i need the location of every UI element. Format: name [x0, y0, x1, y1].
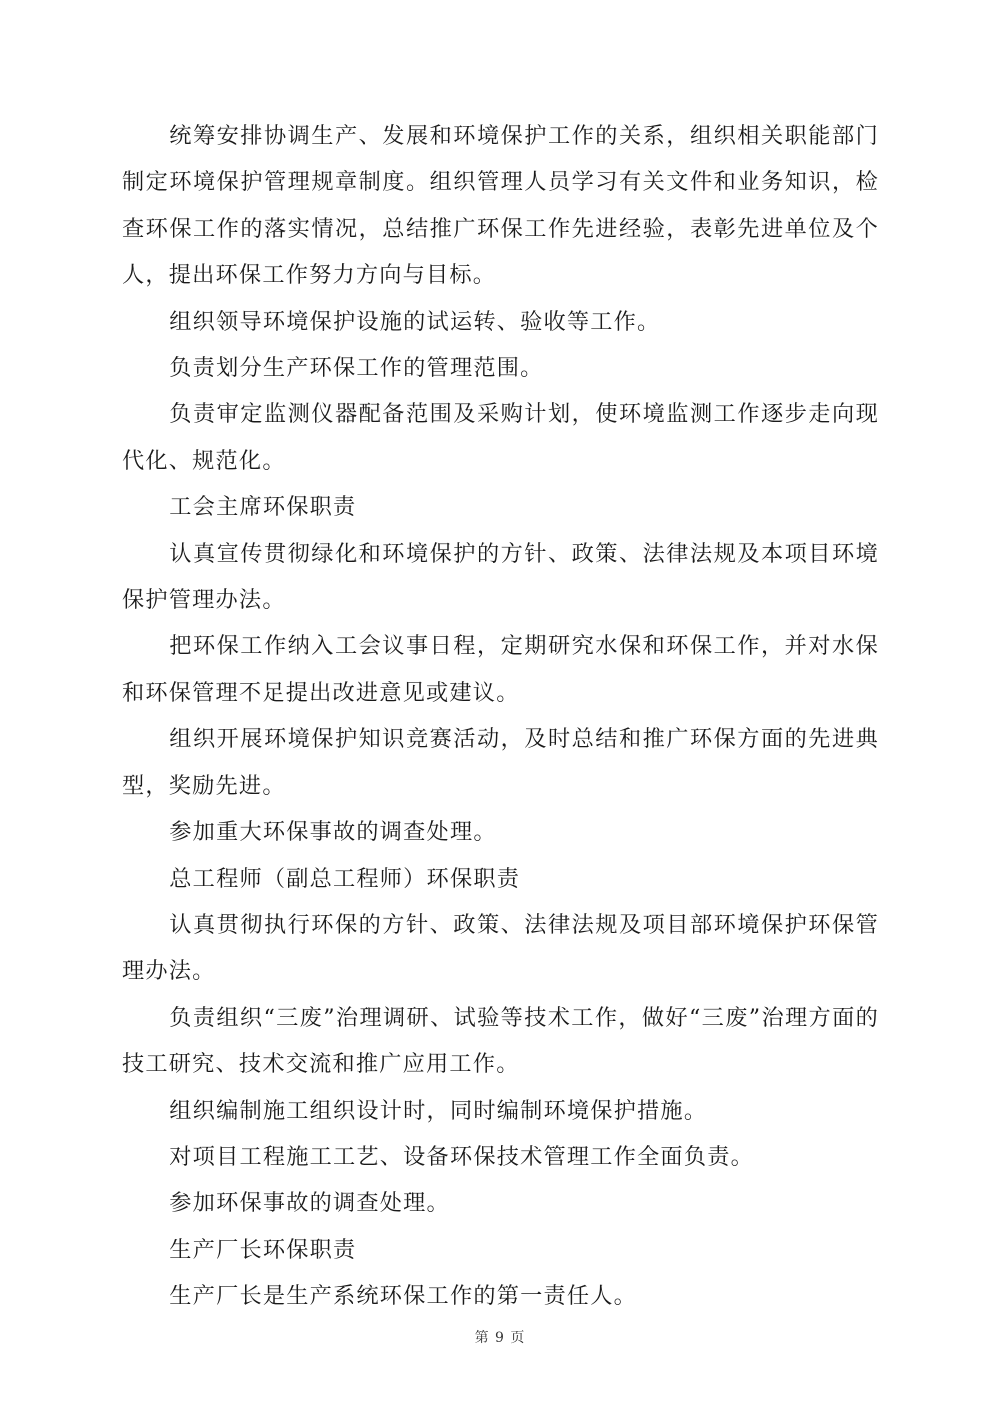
paragraph-management-scope: 负责划分生产环保工作的管理范围。 — [122, 345, 879, 391]
paragraph-construction-design: 组织编制施工组织设计时，同时编制环境保护措施。 — [122, 1088, 879, 1134]
paragraph-promote-policies: 认真宣传贯彻绿化和环境保护的方针、政策、法律法规及本项目环境保护管理办法。 — [122, 531, 879, 624]
paragraph-major-accident-investigation: 参加重大环保事故的调查处理。 — [122, 809, 879, 855]
paragraph-monitoring-instruments: 负责审定监测仪器配备范围及采购计划，使环境监测工作逐步走向现代化、规范化。 — [122, 391, 879, 484]
paragraph-process-responsibility: 对项目工程施工工艺、设备环保技术管理工作全面负责。 — [122, 1134, 879, 1180]
paragraph-first-responsible-person: 生产厂长是生产系统环保工作的第一责任人。 — [122, 1273, 879, 1319]
section-heading-union-chair: 工会主席环保职责 — [122, 484, 879, 530]
paragraph-coordinate-production: 统筹安排协调生产、发展和环境保护工作的关系，组织相关职能部门制定环境保护管理规章… — [122, 113, 879, 299]
section-heading-production-director: 生产厂长环保职责 — [122, 1227, 879, 1273]
paragraph-accident-investigation: 参加环保事故的调查处理。 — [122, 1180, 879, 1226]
paragraph-knowledge-contest: 组织开展环境保护知识竞赛活动，及时总结和推广环保方面的先进典型，奖励先进。 — [122, 716, 879, 809]
paragraph-union-agenda: 把环保工作纳入工会议事日程，定期研究水保和环保工作，并对水保和环保管理不足提出改… — [122, 623, 879, 716]
page-number: 第 9 页 — [0, 1327, 1000, 1347]
paragraph-facility-trial-run: 组织领导环境保护设施的试运转、验收等工作。 — [122, 299, 879, 345]
paragraph-three-wastes: 负责组织“三废”治理调研、试验等技术工作，做好“三废”治理方面的技工研究、技术交… — [122, 995, 879, 1088]
paragraph-implement-policies: 认真贯彻执行环保的方针、政策、法律法规及项目部环境保护环保管理办法。 — [122, 902, 879, 995]
document-page: 统筹安排协调生产、发展和环境保护工作的关系，组织相关职能部门制定环境保护管理规章… — [0, 0, 1000, 1415]
document-body: 统筹安排协调生产、发展和环境保护工作的关系，组织相关职能部门制定环境保护管理规章… — [122, 113, 879, 1320]
section-heading-chief-engineer: 总工程师（副总工程师）环保职责 — [122, 856, 879, 902]
